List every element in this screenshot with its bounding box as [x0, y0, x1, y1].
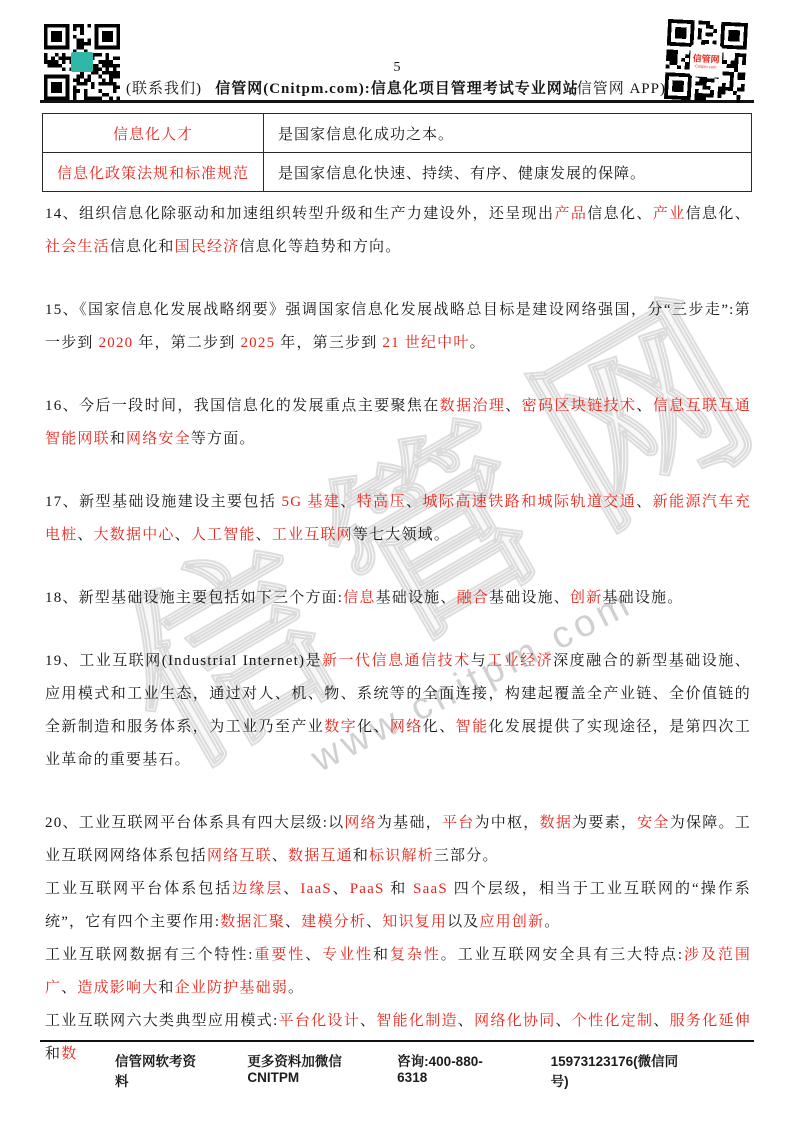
footer-right-group: 咨询:400-880-6318 15973123176(微信同号): [397, 1050, 696, 1090]
note-paragraph: 工业互联网平台体系包括边缘层、IaaS、PaaS 和 SaaS 四个层级，相当于…: [45, 873, 751, 939]
app-label: (信管网 APP): [571, 77, 666, 98]
note-item-15: 15、《国家信息化发展战略纲要》强调国家信息化发展战略总目标是建设网络强国，分“…: [45, 294, 751, 360]
document-page: 信管网 www.cnitpm.com (联系我们) 5 信管网(Cnitpm.c…: [0, 0, 794, 1123]
note-item-20: 20、工业互联网平台体系具有四大层级:以网络为基础，平台为中枢，数据为要素，安全…: [45, 807, 751, 1071]
page-footer: 信管网软考资料 更多资料加微信 CNITPM 咨询:400-880-6318 1…: [40, 1050, 754, 1090]
notes-list: 14、组织信息化除驱动和加速组织转型升级和生产力建设外，还呈现出产品信息化、产业…: [45, 198, 751, 1071]
table-row: 信息化人才 是国家信息化成功之本。: [43, 114, 752, 153]
note-item-14: 14、组织信息化除驱动和加速组织转型升级和生产力建设外，还呈现出产品信息化、产业…: [45, 198, 751, 264]
definition-table: 信息化人才 是国家信息化成功之本。 信息化政策法规和标准规范 是国家信息化快速、…: [42, 113, 752, 192]
note-item-18: 18、新型基础设施主要包括如下三个方面:信息基础设施、融合基础设施、创新基础设施…: [45, 582, 751, 615]
description-cell: 是国家信息化成功之本。: [264, 114, 752, 153]
qr-logo-subtext: Cnitpm.com: [695, 63, 717, 69]
footer-wechat-label: 更多资料加微信 CNITPM: [247, 1050, 397, 1090]
note-paragraph: 16、今后一段时间，我国信息化的发展重点主要聚焦在数据治理、密码区块链技术、信息…: [45, 390, 751, 456]
footer-consult-phone: 咨询:400-880-6318: [397, 1050, 512, 1090]
note-paragraph: 工业互联网数据有三个特性:重要性、专业性和复杂性。工业互联网安全具有三大特点:涉…: [45, 939, 751, 1005]
footer-left-group: 信管网软考资料 更多资料加微信 CNITPM: [115, 1050, 397, 1090]
note-paragraph: 15、《国家信息化发展战略纲要》强调国家信息化发展战略总目标是建设网络强国，分“…: [45, 294, 751, 360]
app-qr-code-icon: 信管网 Cnitpm.com: [664, 18, 748, 104]
description-cell: 是国家信息化快速、持续、有序、健康发展的保障。: [264, 153, 752, 192]
note-paragraph: 19、工业互联网(Industrial Internet)是新一代信息通信技术与…: [45, 645, 751, 777]
footer-wechat-phone: 15973123176(微信同号): [551, 1050, 696, 1090]
footer-resources-label: 信管网软考资料: [115, 1050, 209, 1090]
table-row: 信息化政策法规和标准规范 是国家信息化快速、持续、有序、健康发展的保障。: [43, 153, 752, 192]
note-paragraph: 20、工业互联网平台体系具有四大层级:以网络为基础，平台为中枢，数据为要素，安全…: [45, 807, 751, 873]
footer-divider: [40, 1040, 754, 1042]
term-cell: 信息化人才: [43, 114, 264, 153]
header-divider: [40, 100, 754, 103]
note-paragraph: 18、新型基础设施主要包括如下三个方面:信息基础设施、融合基础设施、创新基础设施…: [45, 582, 751, 615]
note-paragraph: 14、组织信息化除驱动和加速组织转型升级和生产力建设外，还呈现出产品信息化、产业…: [45, 198, 751, 264]
qr-logo-brand-icon: 信管网 Cnitpm.com: [690, 45, 722, 77]
note-item-19: 19、工业互联网(Industrial Internet)是新一代信息通信技术与…: [45, 645, 751, 777]
note-item-16: 16、今后一段时间，我国信息化的发展重点主要聚焦在数据治理、密码区块链技术、信息…: [45, 390, 751, 456]
note-paragraph: 17、新型基础设施建设主要包括 5G 基建、特高压、城际高速铁路和城际轨道交通、…: [45, 486, 751, 552]
term-cell: 信息化政策法规和标准规范: [43, 153, 264, 192]
note-item-17: 17、新型基础设施建设主要包括 5G 基建、特高压、城际高速铁路和城际轨道交通、…: [45, 486, 751, 552]
